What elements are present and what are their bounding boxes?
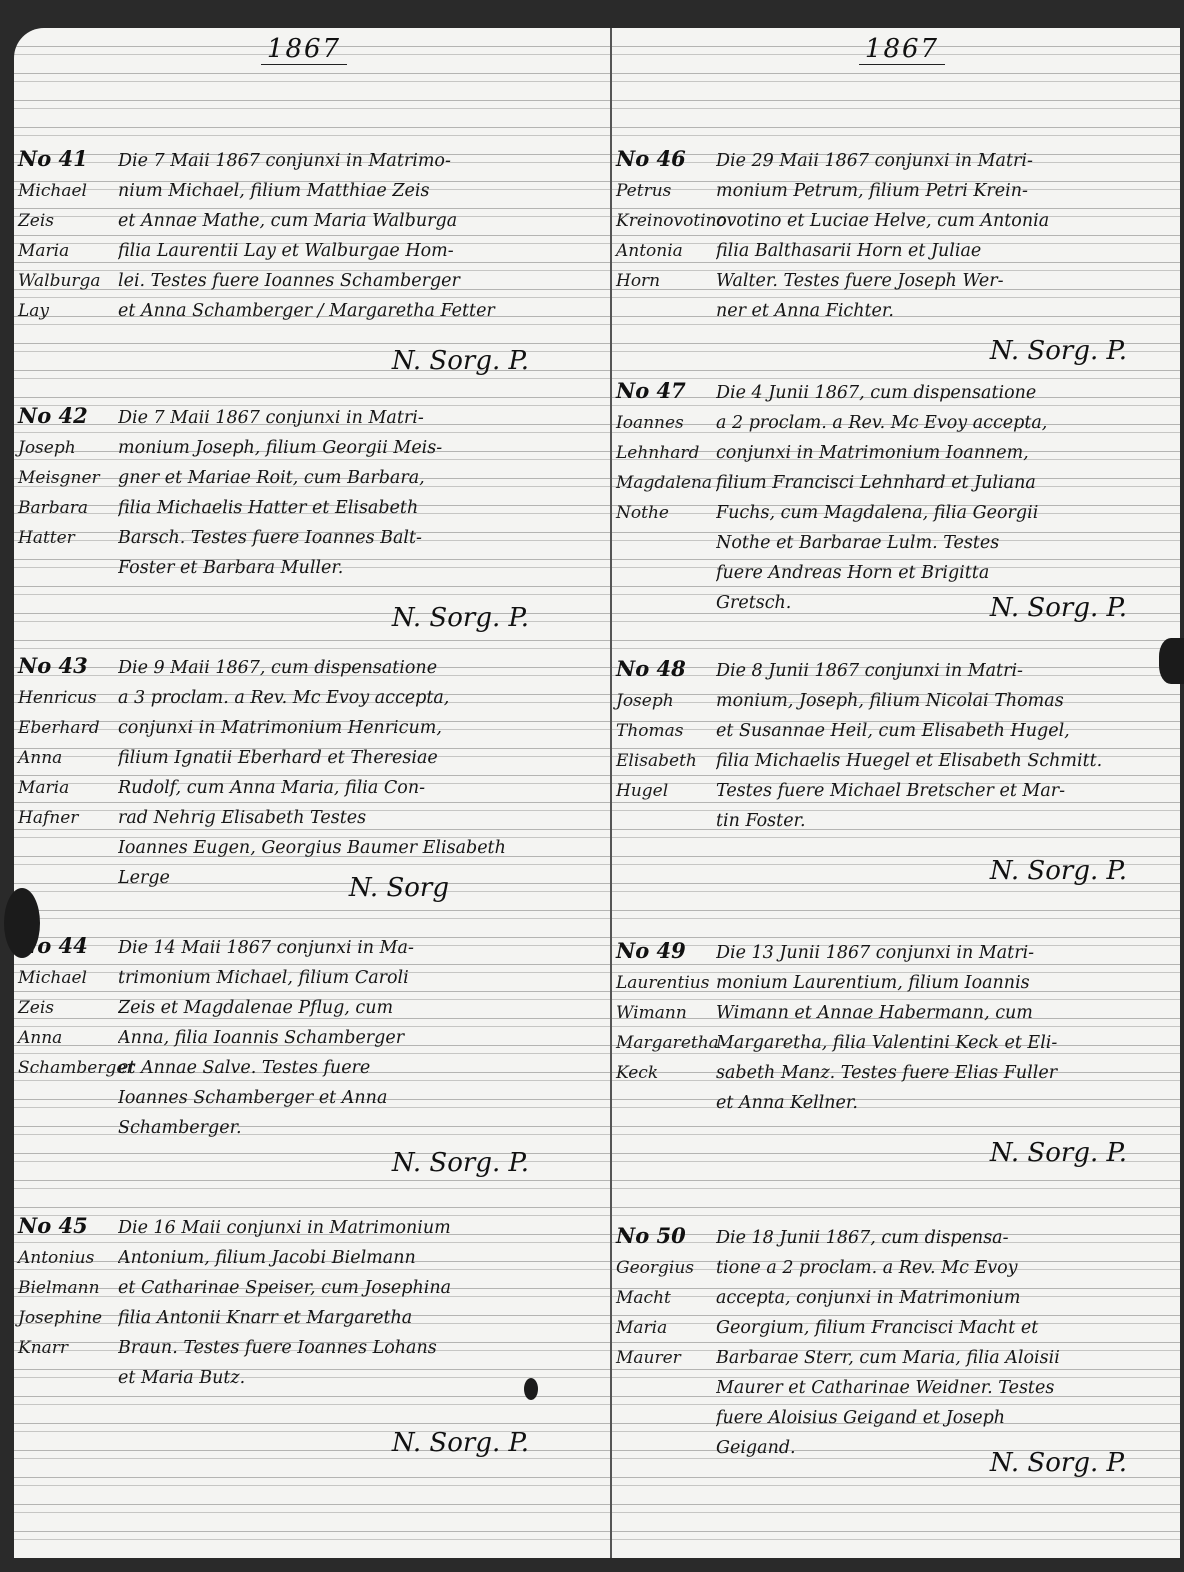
priest-signature: N. Sorg. P.: [392, 346, 529, 376]
right-page: 1867 No 46 PetrusKreinovotinoAntoniaHorn…: [612, 28, 1184, 1558]
entry-number: No 48: [616, 656, 686, 681]
margin-names: HenricusEberhardAnnaMariaHafner: [18, 683, 118, 833]
margin-names: AntoniusBielmannJosephineKnarr: [18, 1243, 118, 1363]
entry-text: Die 4 Junii 1867, cum dispensationea 2 p…: [716, 378, 1181, 618]
ink-blot: [4, 888, 40, 958]
margin-names: JosephMeisgnerBarbaraHatter: [18, 433, 118, 553]
priest-signature: N. Sorg. P.: [990, 1448, 1127, 1478]
entry-text: Die 13 Junii 1867 conjunxi in Matri-moni…: [716, 938, 1181, 1118]
margin-names: JosephThomasElisabethHugel: [616, 686, 716, 806]
entry-text: Die 18 Junii 1867, cum dispensa-tione a …: [716, 1223, 1181, 1463]
margin-names: GeorgiusMachtMariaMaurer: [616, 1253, 716, 1373]
entry-number: No 46: [616, 146, 686, 171]
ink-blot: [1159, 638, 1184, 684]
entry-text: Die 16 Maii conjunxi in MatrimoniumAnton…: [118, 1213, 583, 1393]
priest-signature: N. Sorg. P.: [990, 1138, 1127, 1168]
margin-names: PetrusKreinovotinoAntoniaHorn: [616, 176, 716, 296]
page-year-right: 1867: [612, 34, 1184, 64]
entry-text: Die 9 Maii 1867, cum dispensationea 3 pr…: [118, 653, 583, 893]
left-page: 1867 No 41 MichaelZeisMariaWalburgaLay D…: [14, 28, 594, 1558]
entry-number: No 50: [616, 1223, 686, 1248]
priest-signature: N. Sorg. P.: [392, 603, 529, 633]
priest-signature: N. Sorg. P.: [990, 336, 1127, 366]
entry-number: No 47: [616, 378, 686, 403]
entry-number: No 43: [18, 653, 88, 678]
entry-text: Die 29 Maii 1867 conjunxi in Matri-moniu…: [716, 146, 1181, 326]
priest-signature: N. Sorg. P.: [990, 856, 1127, 886]
entry-number: No 45: [18, 1213, 88, 1238]
page-year-left: 1867: [14, 34, 594, 64]
entry-text: Die 7 Maii 1867 conjunxi in Matrimo-nium…: [118, 146, 583, 326]
entry-number: No 42: [18, 403, 88, 428]
priest-signature: N. Sorg. P.: [990, 593, 1127, 623]
margin-names: LaurentiusWimannMargarethaKeck: [616, 968, 716, 1088]
priest-signature: N. Sorg: [349, 873, 449, 903]
margin-names: MichaelZeisMariaWalburgaLay: [18, 176, 118, 326]
priest-signature: N. Sorg. P.: [392, 1428, 529, 1458]
margin-names: MichaelZeisAnnaSchamberger: [18, 963, 118, 1083]
entry-text: Die 7 Maii 1867 conjunxi in Matri-monium…: [118, 403, 583, 583]
ink-blot: [524, 1378, 538, 1400]
margin-names: IoannesLehnhardMagdalenaNothe: [616, 408, 716, 528]
entry-text: Die 14 Maii 1867 conjunxi in Ma-trimoniu…: [118, 933, 583, 1143]
priest-signature: N. Sorg. P.: [392, 1148, 529, 1178]
entry-number: No 49: [616, 938, 686, 963]
register-page: 1867 No 41 MichaelZeisMariaWalburgaLay D…: [14, 28, 1180, 1558]
entry-number: No 41: [18, 146, 88, 171]
entry-text: Die 8 Junii 1867 conjunxi in Matri-moniu…: [716, 656, 1181, 836]
